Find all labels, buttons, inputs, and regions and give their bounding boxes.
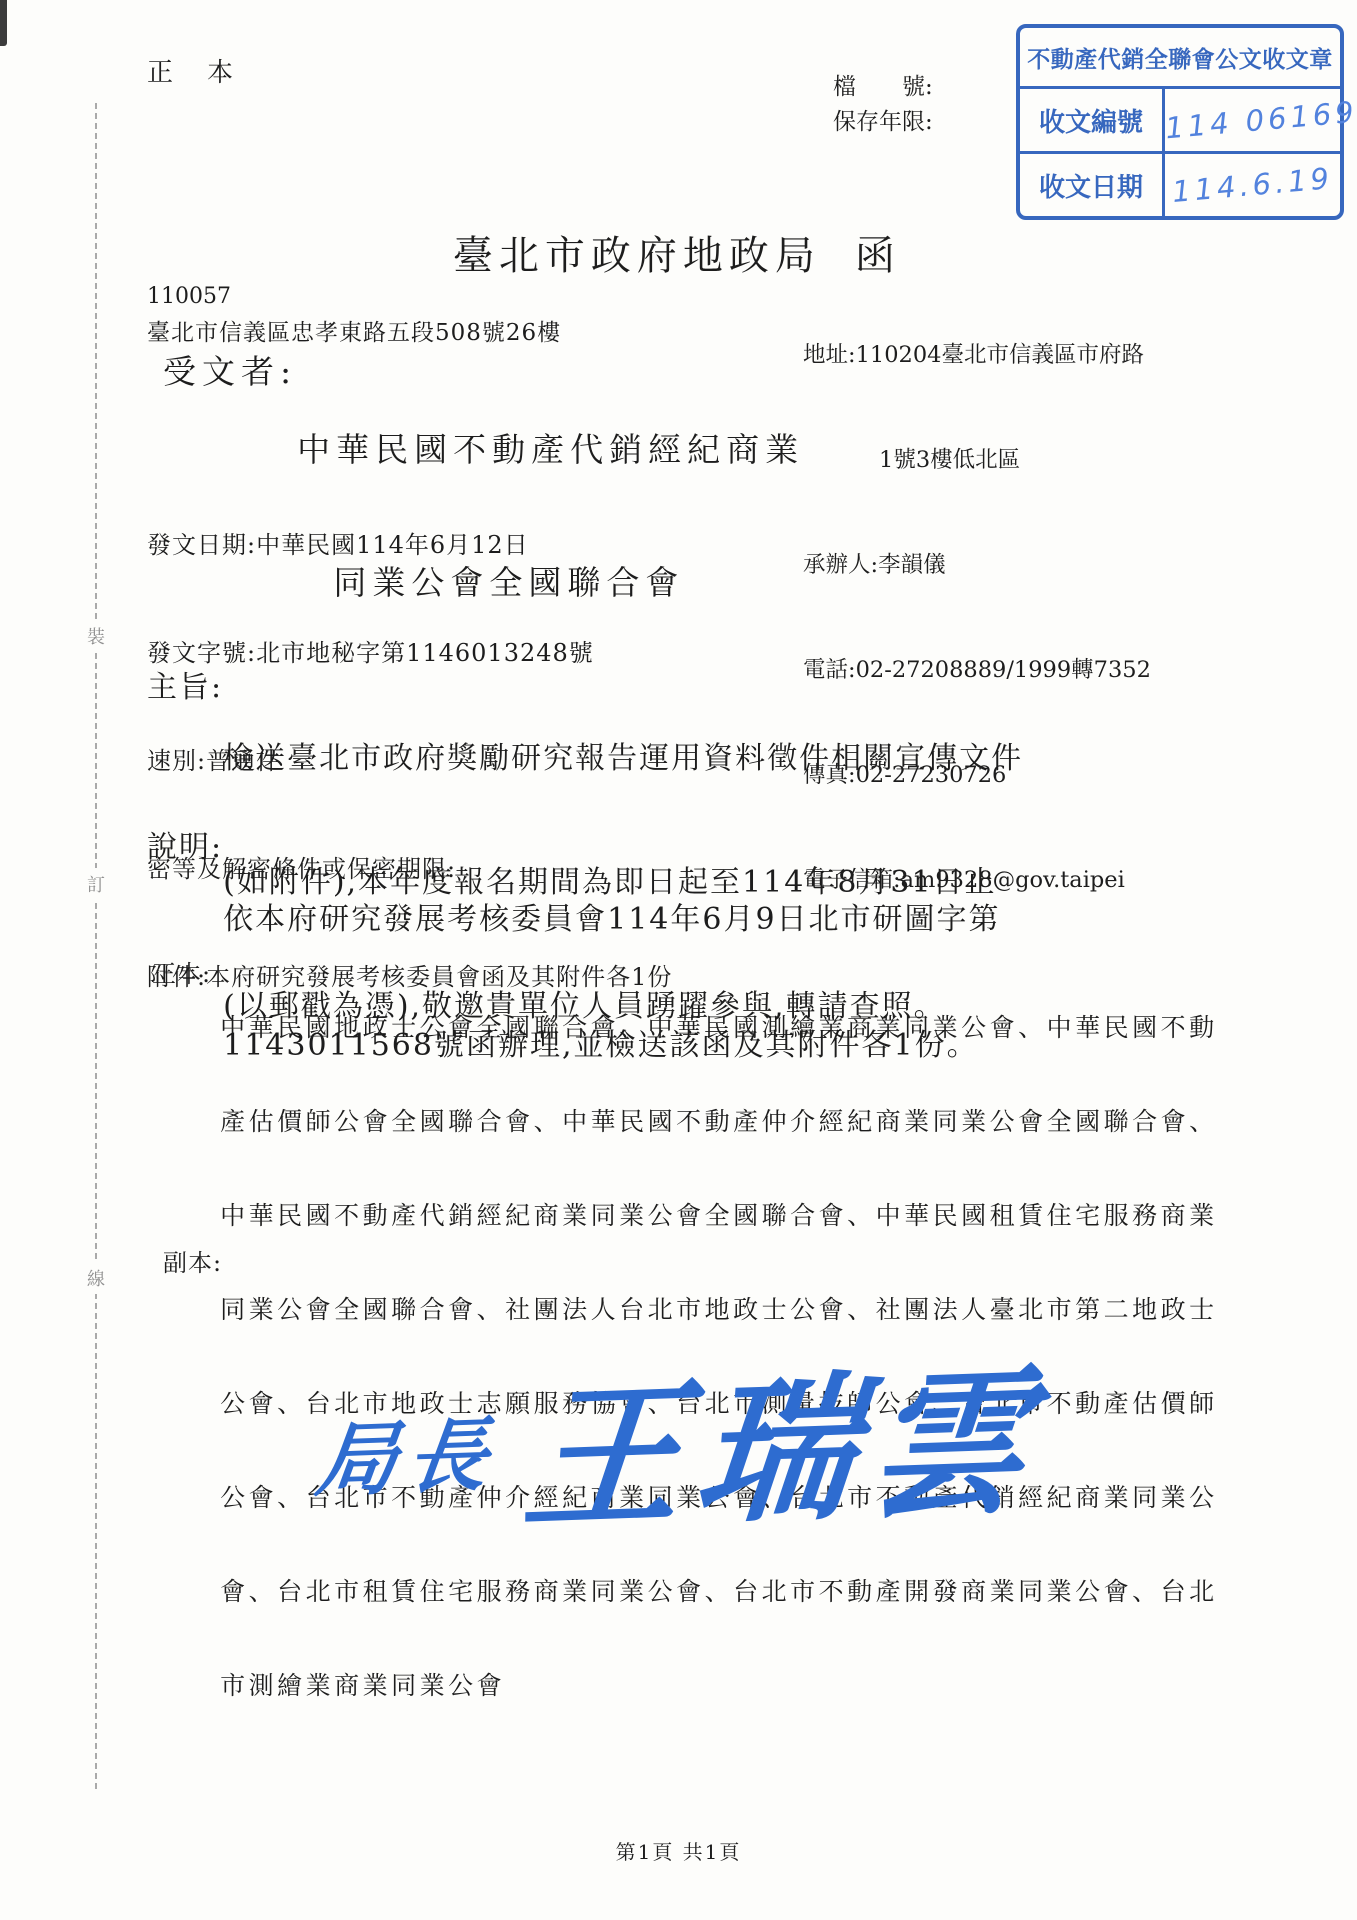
receiving-stamp-row-number: 收文編號 114 06169 (1020, 89, 1340, 154)
contact-address-value1: 110204臺北市信義區市府路 (856, 342, 1144, 368)
carbon-copy-label: 副本: (163, 1243, 222, 1278)
signature-title: 局長 (311, 1390, 505, 1512)
contact-address-line2: 1號3樓低北區 (803, 443, 1151, 478)
subject-line: 檢送臺北市政府獎勵研究報告運用資料徵件相關宣傳文件 (223, 732, 1023, 786)
binding-mark-ding: 訂 (83, 868, 109, 900)
file-number-label: 檔 號: (833, 68, 933, 101)
binding-mark-zhuang: 裝 (83, 620, 109, 652)
copies-line: 會、台北市租賃住宅服務商業同業公會、台北市不動產開發商業同業公會、台北 (220, 1574, 1218, 1610)
contact-address-line1: 地址:110204臺北市信義區市府路 (803, 338, 1151, 373)
copy-type-label: 正 本 (147, 52, 237, 89)
contact-undertaker: 承辦人:李韻儀 (803, 548, 1151, 583)
scan-artifact (0, 0, 7, 46)
dispatch-date: 發文日期:中華民國114年6月12日 (147, 527, 672, 563)
copies-line: 同業公會全國聯合會、社團法人台北市地政士公會、社團法人臺北市第二地政士 (220, 1292, 1218, 1328)
receiving-stamp-title: 不動產代銷全聯會公文收文章 (1020, 28, 1340, 89)
receiving-stamp: 不動產代銷全聯會公文收文章 收文編號 114 06169 收文日期 114.6.… (1016, 24, 1344, 220)
binding-dotted-line (95, 103, 97, 1789)
receipt-number-label: 收文編號 (1020, 89, 1165, 151)
retention-period-label: 保存年限: (833, 103, 933, 136)
page-number-footer: 第1頁 共1頁 (0, 1836, 1357, 1865)
explanation-line: 依本府研究發展考核委員會114年6月9日北市研圖字第 (223, 892, 1000, 948)
binding-mark-xian: 線 (83, 1262, 109, 1294)
contact-address-label: 地址: (803, 342, 856, 368)
official-letter-page: 正 本 檔 號: 保存年限: 不動產代銷全聯會公文收文章 收文編號 114 06… (0, 0, 1357, 1920)
receiving-stamp-row-date: 收文日期 114.6.19 (1020, 154, 1340, 216)
director-signature: 局長 王瑞雲 (314, 1315, 1045, 1567)
document-title-org: 臺北市政府地政局 (453, 233, 821, 279)
receipt-date-value: 114.6.19 (1163, 146, 1343, 223)
recipient-zip: 110057 (147, 284, 231, 309)
copies-line: 產估價師公會全國聯合會、中華民國不動產仲介經紀商業同業公會全國聯合會、 (220, 1104, 1218, 1140)
copies-line: 中華民國地政士公會全國聯合會、中華民國測繪業商業同業公會、中華民國不動 (220, 1010, 1218, 1046)
copies-line: 市測繪業商業同業公會 (220, 1668, 1218, 1704)
recipient-street: 臺北市信義區忠孝東路五段508號26樓 (147, 314, 561, 347)
copies-line: 中華民國不動產代銷經紀商業同業公會全國聯合會、中華民國租賃住宅服務商業 (220, 1198, 1218, 1234)
signature-name: 王瑞雲 (516, 1315, 1052, 1561)
receipt-date-label: 收文日期 (1020, 154, 1165, 216)
original-copies-label: 正本: (152, 952, 211, 1762)
